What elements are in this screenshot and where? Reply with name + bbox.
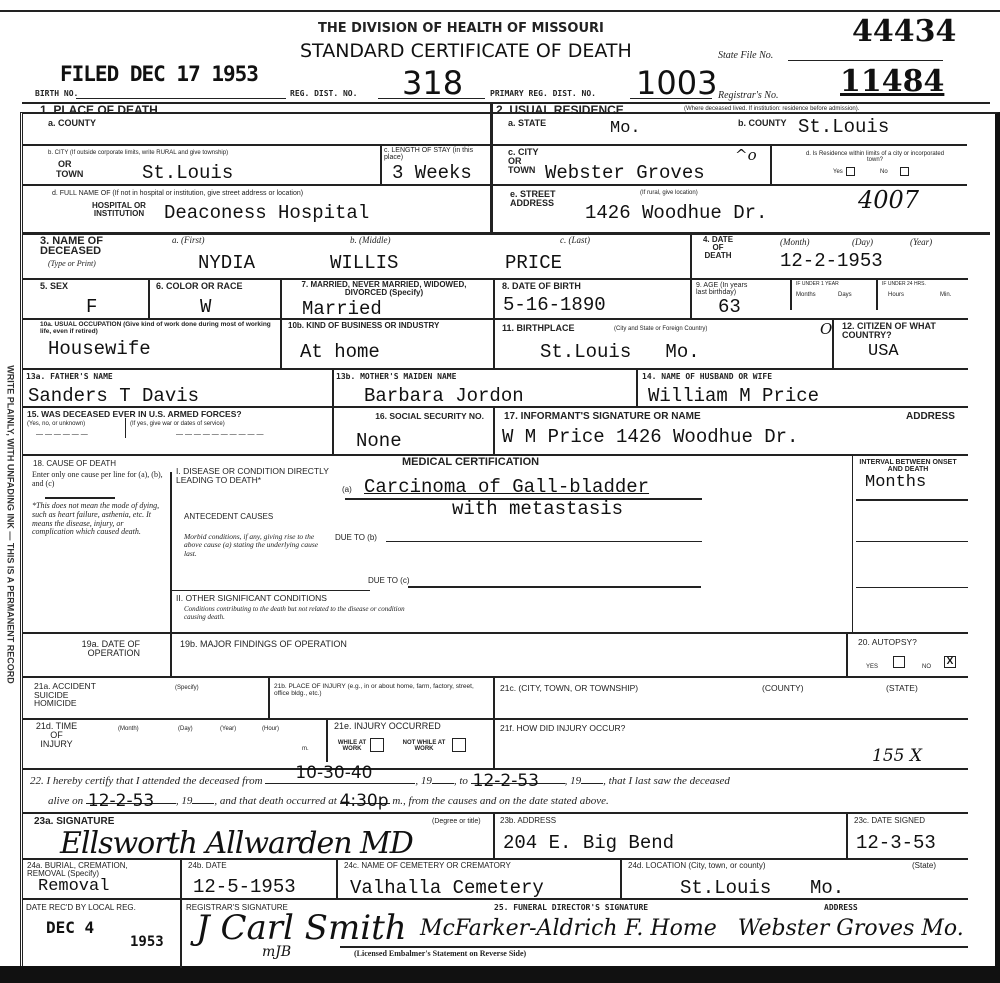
father-label: 13a. FATHER'S NAME (26, 373, 113, 381)
location-state-value: Mo. (810, 879, 844, 898)
interval-value: Months (865, 474, 926, 491)
cemetery-value: Valhalla Cemetery (350, 879, 544, 898)
left-margin-text: WRITE PLAINLY, WITH UNFADING INK — THIS … (6, 100, 15, 950)
attended-to-value: 12-2-53 (473, 773, 539, 790)
dod-month-label: (Month) (780, 238, 810, 248)
age-value: 63 (718, 298, 741, 317)
injury-month-label: (Month) (118, 726, 139, 732)
armed-forces-label: 15. WAS DECEASED EVER IN U.S. ARMED FORC… (27, 410, 242, 419)
informant-value: W M Price 1426 Woodhue Dr. (502, 428, 798, 447)
reg-dist-label: REG. DIST. NO. (290, 90, 357, 98)
funeral-director-signature: McFarker-Aldrich F. Home Webster Groves … (420, 916, 964, 941)
res-city-mark: ^o (735, 146, 757, 164)
city-or: OR (58, 160, 72, 169)
res-state-value: Mo. (610, 120, 641, 137)
birthplace-value: St.Louis Mo. (540, 343, 700, 362)
injury-county-label: (COUNTY) (762, 684, 804, 693)
marital-value: Married (302, 300, 382, 319)
how-injury-label: 21f. HOW DID INJURY OCCUR? (500, 724, 625, 733)
embalmer-note: (Licensed Embalmer's Statement on Revers… (354, 950, 526, 959)
location-state-label: (State) (912, 862, 936, 870)
middle-name-value: WILLIS (330, 254, 398, 273)
armed-forces-sub1: (Yes, no, or unknown) (27, 421, 85, 427)
within-no-label: No (880, 169, 888, 175)
top-rule (0, 10, 1000, 12)
spouse-label: 14. NAME OF HUSBAND OR WIFE (642, 373, 772, 381)
dob-value: 5-16-1890 (503, 296, 606, 315)
business-label: 10b. KIND OF BUSINESS OR INDUSTRY (288, 322, 484, 330)
sex-label: 5. SEX (40, 282, 68, 291)
due-to-c: DUE TO (c) (368, 577, 409, 585)
residence-note: (Where deceased lived. If institution: r… (684, 106, 859, 112)
registrar-initials: mJB (262, 944, 291, 960)
not-while-at-work-checkbox[interactable] (452, 738, 466, 752)
under-24-label: IF UNDER 24 HRS. (882, 282, 926, 287)
injury-year-label: (Year) (220, 726, 236, 732)
mother-label: 13b. MOTHER'S MAIDEN NAME (336, 373, 456, 381)
autopsy-yes-checkbox[interactable] (893, 656, 905, 668)
informant-label: 17. INFORMANT'S SIGNATURE OR NAME (504, 412, 701, 422)
received-year: 1953 (130, 934, 164, 950)
within-no-checkbox[interactable] (900, 167, 909, 176)
attended-from-value: 10-30-40 (295, 765, 372, 782)
birth-no-label: BIRTH NO. (35, 90, 78, 98)
location-label: 24d. LOCATION (City, town, or county) (628, 862, 766, 870)
race-label: 6. COLOR OR RACE (156, 282, 243, 291)
ssn-label: 16. SOCIAL SECURITY NO. (344, 412, 484, 421)
occupation-value: Housewife (48, 340, 151, 359)
autopsy-label: 20. AUTOPSY? (858, 638, 917, 647)
cert-address-value: 204 E. Big Bend (503, 834, 674, 853)
sex-value: F (86, 298, 97, 317)
age-min-label: Min. (940, 292, 951, 298)
county-label: a. COUNTY (48, 119, 96, 128)
other-conditions-label: II. OTHER SIGNIFICANT CONDITIONS (176, 594, 327, 603)
cause-a-value: Carcinoma of Gall-bladder (364, 478, 649, 497)
medical-title: MEDICAL CERTIFICATION (402, 457, 539, 468)
place-of-death-title: 1. PLACE OF DEATH (40, 104, 158, 116)
certify-line-2: alive on 12-2-53, 19, and that death occ… (48, 795, 609, 807)
physician-signature: Ellsworth Allwarden MD (60, 826, 413, 861)
location-value: St.Louis (680, 879, 771, 898)
date-of-death-label: 4. DATE OF DEATH (698, 236, 738, 260)
division-title: THE DIVISION OF HEALTH OF MISSOURI (318, 22, 604, 35)
time-of-injury-label: 21d. TIME OF INJURY (34, 722, 79, 749)
mother-value: Barbara Jordon (364, 387, 524, 406)
birthplace-mark: O (820, 320, 832, 338)
registrar-no-value: 11484 (840, 64, 944, 99)
reg-dist-value: 318 (402, 64, 463, 102)
date-of-death-value: 12-2-1953 (780, 252, 883, 271)
within-yes-checkbox[interactable] (846, 167, 855, 176)
informant-address-label: ADDRESS (906, 412, 955, 422)
within-yes-label: Yes (833, 169, 843, 175)
burial-value: Removal (38, 878, 109, 895)
injury-hour-label: (Hour) (262, 726, 279, 732)
antecedent-label: ANTECEDENT CAUSES (184, 513, 273, 521)
primary-reg-value: 1003 (636, 64, 717, 102)
city-label: b. CITY (If outside corporate limits, wr… (48, 150, 278, 156)
other-conditions-note: Conditions contributing to the death but… (184, 606, 424, 621)
accident-label: 21a. ACCIDENT SUICIDE HOMICIDE (34, 682, 104, 708)
received-label: DATE REC'D BY LOCAL REG. (26, 904, 176, 912)
dob-label: 8. DATE OF BIRTH (502, 282, 581, 291)
cause-a-label: (a) (342, 486, 352, 494)
received-value: DEC 4 (46, 918, 94, 937)
armed-forces-sub2: (If yes, give war or dates of service) (130, 421, 225, 427)
marital-label: 7. MARRIED, NEVER MARRIED, WIDOWED, DIVO… (288, 281, 480, 297)
state-file-label: State File No. (718, 50, 773, 61)
last-seen-alive-value: 12-2-53 (88, 793, 154, 810)
res-county-label: b. COUNTY (738, 119, 787, 128)
citizen-value: USA (868, 343, 899, 360)
first-name-value: NYDIA (198, 254, 255, 273)
dod-year-label: (Year) (910, 238, 932, 248)
last-name-label: c. (Last) (560, 236, 590, 246)
age-hours-label: Hours (888, 292, 904, 298)
cemetery-label: 24c. NAME OF CEMETERY OR CREMATORY (344, 862, 511, 870)
funeral-director-label: 25. FUNERAL DIRECTOR'S SIGNATURE (494, 904, 648, 912)
within-limits-label: d. Is Residence within limits of a city … (800, 151, 950, 163)
street-value: 1426 Woodhue Dr. (585, 204, 767, 223)
business-value: At home (300, 343, 380, 362)
first-name-label: a. (First) (172, 236, 205, 246)
res-county-value: St.Louis (798, 118, 889, 137)
burial-date-label: 24b. DATE (188, 862, 227, 870)
birthplace-note: (City and State or Foreign Country) (614, 326, 707, 332)
injury-day-label: (Day) (178, 726, 193, 732)
race-value: W (200, 298, 211, 317)
not-while-at-work-label: NOT WHILE AT WORK (396, 740, 452, 752)
armed-forces-value1: — — — — — — (36, 431, 88, 438)
hospital-sub: HOSPITAL OR INSTITUTION (74, 202, 164, 218)
birthplace-label: 11. BIRTHPLACE (502, 324, 575, 333)
while-at-work-label: WHILE AT WORK (332, 740, 372, 752)
funeral-director-address-label: ADDRESS (824, 904, 858, 912)
accident-specify: (Specify) (175, 685, 199, 691)
citizen-label: 12. CITIZEN OF WHAT COUNTRY? (842, 322, 972, 340)
operation-findings-label: 19b. MAJOR FINDINGS OF OPERATION (180, 640, 347, 649)
city-value: St.Louis (142, 164, 233, 183)
cause-note: *This does not mean the mode of dying, s… (32, 502, 167, 537)
filed-stamp: FILED DEC 17 1953 (60, 62, 258, 86)
registrar-no-label: Registrar's No. (718, 90, 778, 101)
cause-a-value-line2: with metastasis (452, 500, 623, 519)
injury-place-label: 21b. PLACE OF INJURY (e.g., in or about … (274, 684, 474, 697)
res-city-label: c. CITY OR TOWN (508, 148, 548, 175)
registrar-signature: J Carl Smith (196, 908, 407, 948)
ssn-value: None (356, 432, 402, 451)
interval-label: INTERVAL BETWEEN ONSET AND DEATH (856, 459, 960, 473)
street-label: e. STREET ADDRESS (510, 190, 560, 208)
occupation-label: 10a. USUAL OCCUPATION (Give kind of work… (40, 322, 280, 335)
how-injury-hand: 155 X (872, 746, 922, 766)
city-town: TOWN (56, 170, 83, 179)
name-label-sub: (Type or Print) (48, 260, 96, 269)
length-of-stay-value: 3 Weeks (392, 164, 472, 183)
res-state-label: a. STATE (508, 119, 546, 128)
due-to-b: DUE TO (b) (335, 534, 377, 542)
spouse-value: William M Price (648, 387, 819, 406)
street-hand-number: 4007 (858, 186, 919, 214)
armed-forces-value2: — — — — — — — — — — (176, 431, 264, 438)
burial-label: 24a. BURIAL, CREMATION, REMOVAL (Specify… (27, 862, 157, 878)
injury-occurred-label: 21e. INJURY OCCURRED (334, 722, 441, 731)
hospital-label: d. FULL NAME OF (If not in hospital or i… (52, 190, 303, 197)
cert-address-label: 23b. ADDRESS (500, 817, 556, 825)
disease-label: I. DISEASE OR CONDITION DIRECTLY LEADING… (176, 467, 346, 484)
degree-label: (Degree or title) (432, 818, 481, 825)
residence-title: 2. USUAL RESIDENCE (496, 104, 624, 116)
res-city-value: Webster Groves (545, 164, 705, 183)
dod-day-label: (Day) (852, 238, 873, 248)
bottom-band (0, 966, 1000, 983)
date-signed-label: 23c. DATE SIGNED (854, 817, 925, 825)
middle-name-label: b. (Middle) (350, 236, 391, 246)
while-at-work-checkbox[interactable] (370, 738, 384, 752)
last-name-value: PRICE (505, 254, 562, 273)
street-note: (If rural, give location) (640, 190, 698, 196)
burial-date-value: 12-5-1953 (193, 878, 296, 897)
autopsy-no-checkbox[interactable]: X (944, 656, 956, 668)
age-months-label: Months (796, 292, 816, 298)
cause-label: 18. CAUSE OF DEATH (33, 460, 116, 468)
date-signed-value: 12-3-53 (856, 834, 936, 853)
autopsy-yes-label: YES (866, 664, 878, 670)
certify-line-1: 22. I hereby certify that I attended the… (30, 775, 730, 787)
under-one-year-label: IF UNDER 1 YEAR (796, 282, 839, 287)
injury-m-label: m. (302, 746, 309, 752)
cause-instructions: Enter only one cause per line for (a), (… (32, 471, 164, 489)
certificate-title: STANDARD CERTIFICATE OF DEATH (300, 40, 632, 62)
state-file-value: 44434 (852, 14, 956, 49)
hospital-value: Deaconess Hospital (164, 204, 369, 223)
operation-date-label: 19a. DATE OF OPERATION (35, 640, 140, 658)
name-label: 3. NAME OF DECEASED (40, 236, 120, 257)
father-value: Sanders T Davis (28, 387, 199, 406)
age-label: 9. AGE (In years last birthday) (696, 282, 758, 296)
length-of-stay-label: c. LENGTH OF STAY (in this place) (384, 147, 484, 161)
age-days-label: Days (838, 292, 852, 298)
autopsy-no-label: NO (922, 664, 931, 670)
primary-reg-label: PRIMARY REG. DIST. NO. (490, 90, 596, 98)
antecedent-note: Morbid conditions, if any, giving rise t… (184, 533, 324, 558)
time-of-death-value: 4:30p (340, 793, 389, 810)
injury-state-label: (STATE) (886, 684, 918, 693)
injury-city-label: 21c. (CITY, TOWN, OR TOWNSHIP) (500, 684, 638, 693)
